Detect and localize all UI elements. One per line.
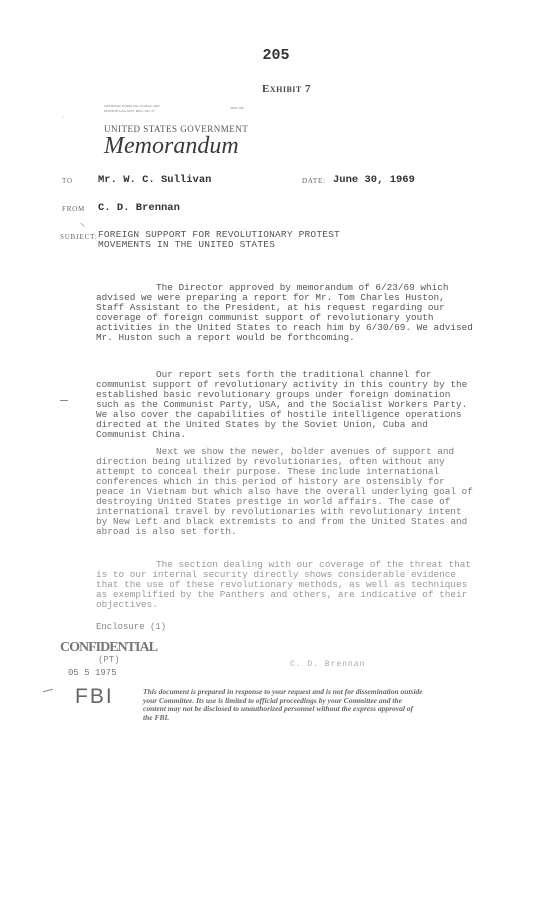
body-paragraph-3: Next we show the newer, bolder avenues o… — [96, 447, 476, 537]
signature: C. D. Brennan — [290, 660, 365, 669]
to-value: Mr. W. C. Sullivan — [98, 174, 211, 186]
classification-stamp: CONFIDENTIAL — [60, 640, 157, 656]
form-fine-print: OPTIONAL FORM NO. 10 MAY 1962 EDITION GS… — [104, 104, 164, 113]
exhibit-label: Exhibit 7 — [262, 83, 311, 95]
margin-dash-mark — [60, 400, 68, 401]
memo-title: Memorandum — [104, 133, 239, 160]
body-paragraph-2: Our report sets forth the traditional ch… — [96, 370, 476, 440]
fbi-stamp: FBI — [75, 685, 114, 709]
date-label: DATE: — [302, 177, 326, 185]
page-number: 205 — [0, 47, 552, 64]
body-paragraph-1: The Director approved by memorandum of 6… — [96, 283, 476, 343]
footnote-disclaimer: This document is prepared in response to… — [143, 688, 423, 722]
stamp-code: (PT) — [98, 655, 120, 665]
dash-mark — [43, 689, 53, 693]
enclosure-note: Enclosure (1) — [96, 622, 166, 632]
body-paragraph-4: The section dealing with our coverage of… — [96, 560, 476, 610]
subject-value: FOREIGN SUPPORT FOR REVOLUTIONARY PROTES… — [98, 230, 398, 250]
received-date-stamp: 05 5 1975 — [68, 668, 117, 678]
subject-label: SUBJECT: — [60, 233, 98, 241]
margin-mark-icon: ˏ — [62, 110, 70, 118]
date-value: June 30, 1969 — [333, 174, 415, 186]
check-mark-icon: ⸌ — [80, 219, 85, 233]
form-code: 5010-106 — [230, 106, 243, 110]
from-value: C. D. Brennan — [98, 202, 180, 214]
to-label: TO — [62, 177, 73, 185]
from-label: FROM — [62, 205, 85, 213]
